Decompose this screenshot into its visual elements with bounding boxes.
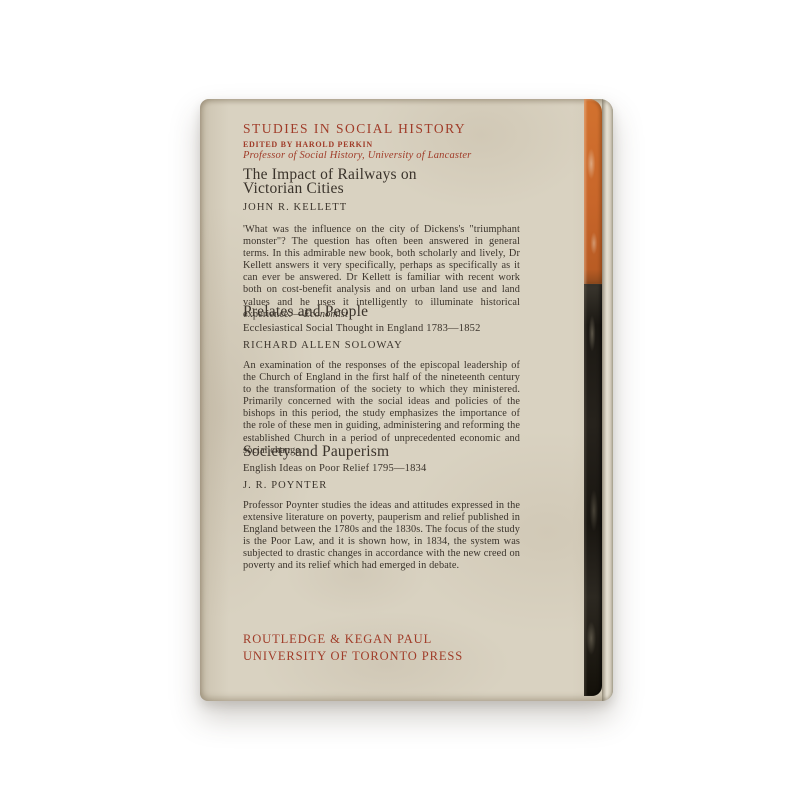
spine-edge-black (584, 284, 602, 696)
book-author: JOHN R. KELLETT (243, 202, 520, 213)
publisher-line-routledge: ROUTLEDGE & KEGAN PAUL (243, 631, 520, 648)
publisher-line-toronto: UNIVERSITY OF TORONTO PRESS (243, 648, 520, 665)
series-editor-role: Professor of Social History, University … (243, 150, 520, 161)
book-entry-society-and-pauperism: Society and Pauperism English Ideas on P… (243, 445, 520, 573)
book-entry-prelates-and-people: Prelates and People Ecclesiastical Socia… (243, 305, 520, 457)
book-blurb: Professor Poynter studies the ideas and … (243, 500, 520, 573)
book-entry-impact-of-railways: The Impact of Railways on Victorian Citi… (243, 168, 520, 321)
series-heading: STUDIES IN SOCIAL HISTORY EDITED BY HARO… (243, 121, 520, 161)
book-subtitle: English Ideas on Poor Relief 1795—1834 (243, 463, 520, 474)
publisher-imprint: ROUTLEDGE & KEGAN PAUL UNIVERSITY OF TOR… (243, 631, 520, 664)
series-title: STUDIES IN SOCIAL HISTORY (243, 121, 520, 137)
book-subtitle: Ecclesiastical Social Thought in England… (243, 323, 520, 334)
book-author: J. R. POYNTER (243, 480, 520, 491)
book-board-edge (602, 99, 613, 701)
book-title: Society and Pauperism (243, 445, 520, 459)
series-editor: EDITED BY HAROLD PERKIN (243, 140, 520, 149)
book-title: The Impact of Railways on Victorian Citi… (243, 168, 520, 196)
spine-edge-orange (584, 99, 602, 284)
book-back-cover: STUDIES IN SOCIAL HISTORY EDITED BY HARO… (200, 99, 613, 701)
book-author: RICHARD ALLEN SOLOWAY (243, 340, 520, 351)
book-title: Prelates and People (243, 305, 520, 319)
photo-backdrop: STUDIES IN SOCIAL HISTORY EDITED BY HARO… (0, 0, 800, 800)
